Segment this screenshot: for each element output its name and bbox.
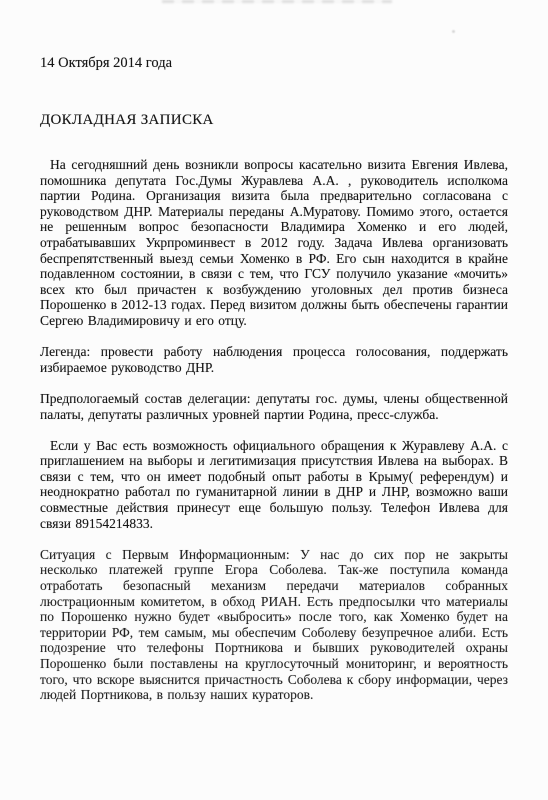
paragraph-legend: Легенда: провести работу наблюдения проц… xyxy=(40,344,508,375)
paragraph-visit-ivlev: На сегодняшний день возникли вопросы кас… xyxy=(40,157,508,329)
scan-artifact-top-edge xyxy=(162,0,392,3)
scan-speckle xyxy=(452,30,455,33)
document-title: ДОКЛАДНАЯ ЗАПИСКА xyxy=(40,112,508,129)
document-date: 14 Октября 2014 года xyxy=(40,55,508,72)
paragraph-delegation: Предпологаемый состав делегации: депутат… xyxy=(40,391,508,422)
scanned-document-page: 14 Октября 2014 года ДОКЛАДНАЯ ЗАПИСКА Н… xyxy=(0,0,548,800)
paragraph-first-informational: Ситуация с Первым Информационным: У нас … xyxy=(40,547,508,703)
paragraph-request-zhuravlev: Если у Вас есть возможность официального… xyxy=(40,438,508,532)
